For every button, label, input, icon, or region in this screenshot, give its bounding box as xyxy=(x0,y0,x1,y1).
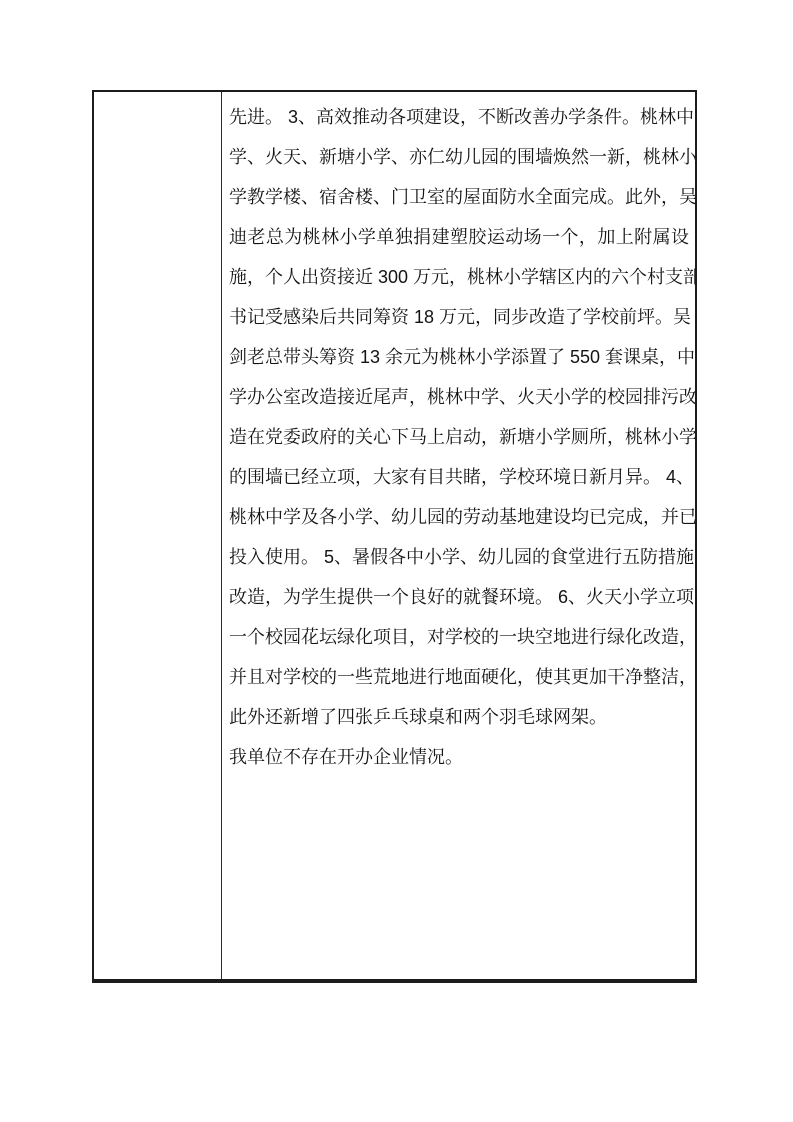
text-line: 学办公室改造接近尾声，桃林中学、火天小学的校园排污改 xyxy=(229,377,689,417)
table-label-cell xyxy=(94,92,222,979)
text-line: 先进。 3、高效推动各项建设，不断改善办学条件。桃林中 xyxy=(229,97,689,137)
text-line: 造在党委政府的关心下马上启动，新塘小学厕所，桃林小学 xyxy=(229,417,689,457)
report-table: 先进。 3、高效推动各项建设，不断改善办学条件。桃林中学、火天、新塘小学、亦仁幼… xyxy=(92,90,697,983)
text-line: 并且对学校的一些荒地进行地面硬化，使其更加干净整洁， xyxy=(229,657,689,697)
text-line: 桃林中学及各小学、幼儿园的劳动基地建设均已完成，并已 xyxy=(229,497,689,537)
text-line: 学教学楼、宿舍楼、门卫室的屋面防水全面完成。此外，吴 xyxy=(229,177,689,217)
text-line: 书记受感染后共同筹资 18 万元，同步改造了学校前坪。吴 xyxy=(229,297,689,337)
text-line: 我单位不存在开办企业情况。 xyxy=(229,737,689,777)
text-line: 此外还新增了四张乒乓球桌和两个羽毛球网架。 xyxy=(229,697,689,737)
document-page: 先进。 3、高效推动各项建设，不断改善办学条件。桃林中学、火天、新塘小学、亦仁幼… xyxy=(0,0,793,1122)
text-line: 迪老总为桃林小学单独捐建塑胶运动场一个，加上附属设 xyxy=(229,217,689,257)
text-line: 施，个人出资接近 300 万元，桃林小学辖区内的六个村支部 xyxy=(229,257,689,297)
table-content-cell: 先进。 3、高效推动各项建设，不断改善办学条件。桃林中学、火天、新塘小学、亦仁幼… xyxy=(222,92,695,979)
text-line: 投入使用。 5、暑假各中小学、幼儿园的食堂进行五防措施 xyxy=(229,537,689,577)
text-line: 一个校园花坛绿化项目，对学校的一块空地进行绿化改造， xyxy=(229,617,689,657)
text-line: 改造，为学生提供一个良好的就餐环境。 6、火天小学立项 xyxy=(229,577,689,617)
text-line: 剑老总带头筹资 13 余元为桃林小学添置了 550 套课桌，中 xyxy=(229,337,689,377)
text-line: 学、火天、新塘小学、亦仁幼儿园的围墙焕然一新，桃林小 xyxy=(229,137,689,177)
text-line: 的围墙已经立项，大家有目共睹，学校环境日新月异。 4、 xyxy=(229,457,689,497)
